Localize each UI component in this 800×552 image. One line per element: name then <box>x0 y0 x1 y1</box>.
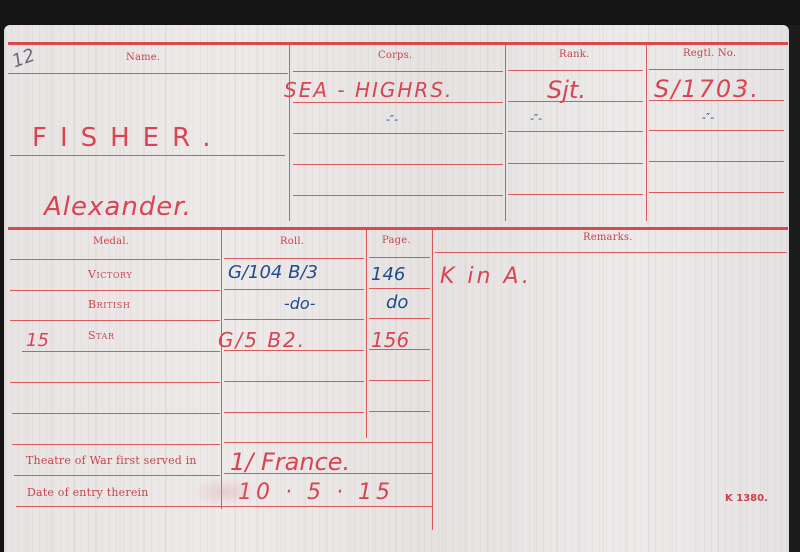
regtl-no-ditto: -″- <box>702 111 714 124</box>
header-corps: Corps. <box>378 50 412 61</box>
medal-name-victory: Victory <box>88 268 132 281</box>
theatre-value: 1/ France. <box>230 448 350 476</box>
divider-corps-rank <box>505 45 506 221</box>
header-page: Page. <box>382 235 411 246</box>
row-rule <box>224 289 364 290</box>
row-rule <box>293 164 503 165</box>
row-rule <box>369 380 430 381</box>
divider-medal-roll <box>221 230 222 509</box>
remarks-text: K in A. <box>440 264 532 289</box>
header-rule-corps <box>293 71 503 72</box>
roll-star: G/5 B2. <box>218 328 306 352</box>
forename: Alexander. <box>44 192 192 222</box>
row-rule <box>508 163 643 164</box>
form-number: K 1380. <box>725 493 768 504</box>
row-rule <box>10 290 220 291</box>
surname: FISHER. <box>32 123 224 153</box>
row-rule <box>508 131 643 132</box>
row-rule <box>649 161 784 162</box>
row-rule <box>649 192 784 193</box>
row-rule <box>293 195 503 196</box>
regtl-no-value: S/1703. <box>654 75 760 103</box>
roll-victory: G/104 B/3 <box>228 262 318 283</box>
header-rule <box>8 73 288 74</box>
header-name: Name. <box>126 52 160 63</box>
header-rule-rank <box>508 70 643 71</box>
row-rule <box>508 194 643 195</box>
page-victory: 146 <box>371 264 405 285</box>
page-british: do <box>386 292 408 313</box>
header-remarks: Remarks. <box>583 232 633 243</box>
row-rule <box>369 318 430 319</box>
rank-ditto: -″- <box>530 112 542 125</box>
medal-name-star: Star <box>88 329 115 342</box>
header-regtl-no: Regtl. No. <box>683 48 736 59</box>
rank-value: Sjt. <box>547 76 586 104</box>
scan-edge <box>789 25 800 552</box>
roll-header-rule <box>224 258 364 259</box>
row-rule <box>22 351 220 352</box>
divider-page-remarks <box>432 230 433 530</box>
row-rule <box>224 412 364 413</box>
header-rule-regtl <box>649 69 784 70</box>
page-header-rule <box>369 257 430 258</box>
header-roll: Roll. <box>280 236 304 247</box>
medal-name-british: British <box>88 298 130 311</box>
row-rule <box>12 444 220 445</box>
row-rule <box>16 506 432 507</box>
header-rank: Rank. <box>559 49 589 60</box>
surname-rule <box>10 155 285 156</box>
row-rule <box>649 130 784 131</box>
row-rule <box>14 475 220 476</box>
medal-header-rule <box>10 259 220 260</box>
row-rule <box>10 320 220 321</box>
middle-rule <box>8 227 788 230</box>
ink-smudge <box>190 478 260 506</box>
row-rule <box>369 411 430 412</box>
row-rule <box>224 381 364 382</box>
row-rule <box>369 288 430 289</box>
remarks-header-rule <box>435 252 787 253</box>
row-rule <box>224 442 432 443</box>
corps-ditto: -″- <box>386 113 398 126</box>
row-rule <box>293 102 503 103</box>
row-rule <box>224 319 364 320</box>
divider-name-corps <box>289 45 290 221</box>
corps-value: SEA - HIGHRS. <box>284 78 453 102</box>
row-rule <box>293 133 503 134</box>
date-of-entry-label: Date of entry therein <box>27 486 149 499</box>
divider-roll-page <box>366 230 367 438</box>
theatre-label: Theatre of War first served in <box>26 454 197 467</box>
page-star: 156 <box>371 328 409 352</box>
roll-british: -do- <box>284 294 316 313</box>
top-rule <box>8 42 788 45</box>
header-medal: Medal. <box>93 236 129 247</box>
divider-rank-regtl <box>646 45 647 221</box>
row-rule <box>12 413 220 414</box>
row-rule <box>10 382 220 383</box>
medal-prefix-star: 15 <box>26 330 49 351</box>
date-of-entry-value: 10 · 5 · 15 <box>238 480 394 505</box>
